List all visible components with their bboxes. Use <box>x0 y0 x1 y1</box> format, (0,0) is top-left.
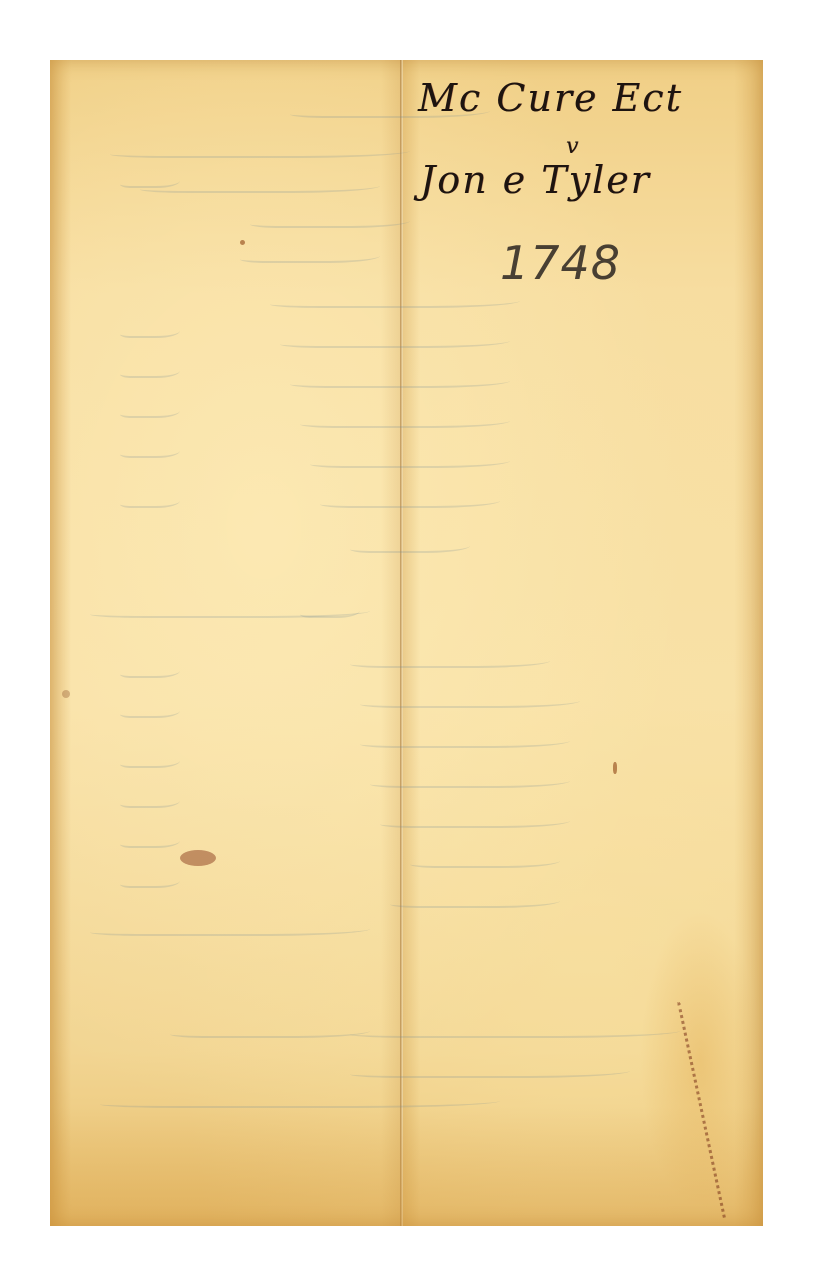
ink-speck <box>62 690 70 698</box>
manuscript-sheet <box>50 60 763 1226</box>
docket-versus: v <box>566 134 578 159</box>
edge-discoloration <box>50 1106 763 1226</box>
ink-spot <box>240 240 245 245</box>
docket-defendant: Jon e Tyler <box>420 158 651 202</box>
left-panel <box>50 60 402 1226</box>
docket-case-name: Mc Cure Ect <box>418 76 683 120</box>
docket-year: 1748 <box>500 236 621 290</box>
fold-crease <box>400 60 403 1226</box>
ink-blot <box>180 850 216 866</box>
ink-spot <box>613 762 617 774</box>
